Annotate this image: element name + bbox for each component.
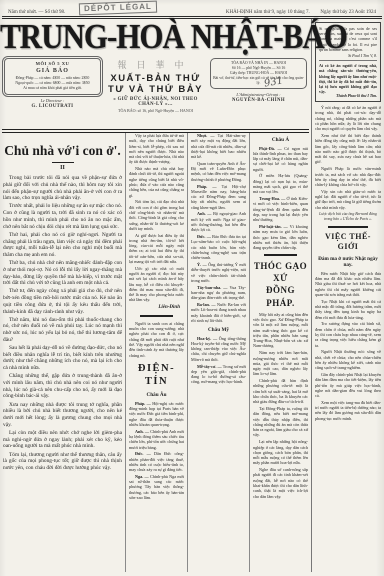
- quote-vietnamese: Ai có kẻ ăn người ở trong nhà, mà chẳng …: [319, 60, 377, 94]
- column-3: Nhựt. — Tại Hải-sâm-uy mới xảy một vụ độ…: [187, 133, 249, 572]
- news-item-lead: Nga. —: [135, 474, 150, 479]
- motto: « GIỮ ĐỨC ÁI-NHÂN, NOI THEO CHÂN-LÝ »...: [105, 97, 206, 107]
- column-5: Si quelqu'un n'a pas soin de ses servite…: [311, 19, 384, 572]
- paragraph: Tại Đông-Pháp ta, ruộng tốt dân đông, nế…: [253, 406, 308, 438]
- news-item: Tây-ban-nha. — Vua Tây-ban-nha ngự du ph…: [191, 285, 246, 301]
- masthead-center: 報日華中 XUẤT-BẢN THỨ TƯ VÀ THỨ BẢY « GIỮ ĐỨ…: [101, 58, 210, 113]
- publication-schedule: XUẤT-BẢN THỨ TƯ VÀ THỨ BẢY: [105, 73, 206, 95]
- divider-rule: [328, 226, 368, 228]
- news-item-lead: Trung-Hoa. —: [259, 196, 287, 201]
- price-per-issue: MỖI SỐ 5 XU: [7, 61, 98, 67]
- paragraph: Năm nay trời làm hạn-hán, ruộng-nương nh…: [253, 350, 308, 376]
- paragraph: Gần đây chính-phủ Nhật lại khuyên dân là…: [315, 372, 381, 398]
- news-item: Đức. — Báo Đức đưa tin tại Lục-xâm-bảo c…: [191, 234, 246, 260]
- paragraph: Trước nhất, phải lo liệu những sự ăn sự …: [3, 203, 122, 230]
- paragraph: Xem như thế thì biết đạo thánh hiền đông…: [315, 133, 381, 165]
- news-item-lead: Phi-luật-tân. —: [259, 224, 290, 229]
- paragraph: Quan toàn-quyền Anh ở Ấn-Độ mới về Luân-…: [191, 161, 246, 182]
- news-item-lead: Đức. —: [197, 234, 212, 239]
- divider-rule: [264, 254, 297, 256]
- price-box-title: GIÁ BÁO: [7, 68, 98, 76]
- article-text-col2: Vậy ta phải lựa đứa tử-tế mà nuôi, dạy c…: [129, 133, 184, 500]
- subhead-chau-a: Châu Á: [253, 137, 308, 144]
- office-address-line: TÒA BÁO: số 16, phố Ngõ-Huyện — HANOI: [105, 108, 206, 113]
- news-item: Anh. — Bộ ngoại-giao Anh mới ký với nước…: [191, 211, 246, 232]
- paragraph: Xem một việc tang-ma đủ biết dân-trí nướ…: [315, 400, 381, 421]
- paragraph: Nghe đâu sở canh-nông sắp phái người đi …: [253, 467, 308, 499]
- paragraph: Mấy hồi nầy ai cũng bàn đến việc thóc gạ…: [253, 312, 308, 349]
- translation-byline: Lược dịch bài của ông Bernard đăng trong…: [315, 212, 381, 222]
- paragraph: Nói tóm lại, cái đạo chủ nhà đối với con…: [129, 199, 184, 231]
- news-item: Phật-Đà. — Có ngọn núi lửa thình-lình ph…: [253, 146, 308, 172]
- article-text-col1: Trong bài trước tôi đã nói qua về phận-s…: [3, 175, 122, 472]
- paragraph: Chẳng những thế, gặp đứa ở trung-thành đ…: [3, 373, 122, 400]
- price-box-wrap: MỖI SỐ 5 XU GIÁ BÁO Đông-Pháp — cả năm: …: [4, 58, 101, 113]
- paragraph: Xưa nay những nhà được tôi trung tớ nghĩ…: [3, 402, 122, 429]
- paragraph: Lại nên lập những hội nông-nghiệp ở các …: [253, 439, 308, 465]
- body-columns: Chủ nhà vớ'i con ở'. II Trong bài trước …: [0, 133, 311, 572]
- issue-number: Năm thứ nhứt. — Số thứ 98.: [8, 10, 65, 15]
- news-item: Mễ-tây-cơ. — Trong xứ mới dẹp yên giặc-g…: [191, 364, 246, 385]
- newspaper-title: TRUNG-HOÀ NHẬT-BÁO: [0, 19, 311, 55]
- paragraph: Tục Nhật khi có người mất thì cả nhà mặc…: [315, 299, 381, 320]
- director-block: Le Directeur : G. LICOUTRATI: [4, 98, 101, 109]
- news-item-lead: Hoa-kỳ. —: [197, 336, 219, 341]
- column-2: Vậy ta phải lựa đứa tử-tế mà nuôi, dạy c…: [125, 133, 187, 572]
- main-section: TRUNG-HOÀ NHẬT-BÁO 931 MỖI SỐ 5 XU GIÁ B…: [0, 19, 311, 572]
- paragraph: Sau hết là phải dạy-dỗ nó về đường đạo-đ…: [3, 345, 122, 372]
- paragraph: Thứ ba, chủ nhà chớ nên mắng-nhiếc đánh-…: [3, 260, 122, 287]
- paragraph: Người ta sanh con ai chẳng muốn cho con …: [129, 321, 184, 358]
- news-item-lead: Ý. —: [197, 262, 208, 267]
- article-headline: Chủ nhà vớ'i con ở'.: [3, 143, 122, 160]
- paragraph: Thứ tư, đến ngày công xá phải giả cho đủ…: [3, 288, 122, 315]
- section-heading-dien-tin: ĐIỆN-TÍN: [129, 362, 184, 388]
- paragraph: Ai giữ được hai điều ấy thì trong nhà êm…: [129, 233, 184, 265]
- paragraph: Thứ năm, khi nó đau-ốm thì phải thuốc-th…: [3, 317, 122, 344]
- world-news-col5: Ý nói rằng: ai đã có kẻ ăn người ở trong…: [315, 105, 381, 421]
- paragraph: Ở miền Hạ-lưu (Quảng-đông) lại có nạn lụ…: [253, 173, 308, 194]
- office-box: TÒA BÁO VÀ NHÀ IN — HANOI Số 16 — phố Ng…: [210, 58, 307, 90]
- office-line: Bài vở, thư-từ, tiền-bạc xin gửi cả về t…: [213, 76, 304, 86]
- administrator-label: L'Administrateur-Gérant :: [210, 92, 307, 97]
- news-item-lead: Anh. —: [197, 211, 213, 216]
- masthead: TRUNG-HOÀ NHẬT-BÁO 931 MỖI SỐ 5 XU GIÁ B…: [0, 19, 311, 129]
- paragraph: Trong bài trước tôi đã nói qua về phận-s…: [3, 175, 122, 202]
- paragraph: Ước gì các nhà có nuôi người ăn người ở,…: [129, 266, 184, 303]
- price-box: MỖI SỐ 5 XU GIÁ BÁO Đông-Pháp — cả năm: …: [4, 58, 101, 95]
- paragraph: Lại còn một điều nên nhớ: chớ nghe lời g…: [3, 430, 122, 450]
- news-item-lead: Ba-lan. —: [197, 302, 217, 307]
- paragraph: Vậy ta phải lựa đứa tử-tế mà nuôi, dạy c…: [129, 133, 184, 165]
- column-4: Châu ÁPhật-Đà. — Có ngọn núi lửa thình-l…: [249, 133, 311, 572]
- news-item: Ý. — Ông thủ-tướng Ý mới diễn-thuyết trư…: [191, 262, 246, 283]
- newspaper-page: Năm thứ nhứt. — Số thứ 98. KHẢI-ĐỊNH năm…: [0, 0, 384, 576]
- paragraph: Tro xương đựng vào cái bình sứ, đem chôn…: [315, 321, 381, 347]
- news-item: Pháp. — Tại Hội-chợ Marseille năm nay, h…: [191, 184, 246, 210]
- subhead-chau-au: Châu Âu: [129, 392, 184, 399]
- paragraph: Bên nước Nhật bây giờ cách đưa đám ma đã…: [315, 271, 381, 297]
- lunar-date: KHẢI-ĐỊNH năm thứ 9, ngày 10 tháng 7.: [226, 10, 310, 15]
- office-box-wrap: TÒA BÁO VÀ NHÀ IN — HANOI Số 16 — phố Ng…: [210, 58, 307, 113]
- news-item: Nhựt. — Tại Hải-sâm-uy mới xảy một vụ độ…: [191, 133, 246, 159]
- section-heading-viec-the-gioi: VIỆC THẾ-GIỚI: [315, 232, 381, 252]
- subhead-dam-ma: Đám ma ở nước Nhật ngày nay.: [315, 256, 381, 269]
- administrator-name: NGUYỄN-BÁ-CHÍNH: [210, 98, 307, 103]
- paragraph: Người Nhật thường nói: sống về nhà, chết…: [315, 349, 381, 370]
- news-item: Hoa-kỳ. — Ông tổng-thống Hoa-kỳ tuyên-bố…: [191, 336, 246, 362]
- news-item-lead: Mễ-tây-cơ. —: [197, 364, 223, 369]
- headline-divider: [52, 162, 74, 163]
- quote-vietnamese-source: Thánh Phao-lồ thư I Tim.: [319, 94, 377, 99]
- telegram-rice-col4: Châu ÁPhật-Đà. — Có ngọn núi lửa thình-l…: [253, 137, 308, 499]
- news-item: Phi-luật-tân. — Vì khoảng năm nay mưa to…: [253, 224, 308, 250]
- news-item-lead: Pháp. —: [197, 184, 222, 189]
- news-item: Trung-Hoa. — Ở tỉnh Kiến-vi mới có việc …: [253, 196, 308, 222]
- paragraph: Thứ hai, phải cho nó có giờ nghỉ-ngơi. N…: [3, 232, 122, 259]
- news-item-lead: Tây-ban-nha. —: [197, 285, 229, 290]
- column-1: Chủ nhà vớ'i con ở'. II Trong bài trước …: [0, 133, 125, 572]
- telegram-col3: Nhựt. — Tại Hải-sâm-uy mới xảy một vụ độ…: [191, 133, 246, 385]
- price-line: Ai mua cả năm khỏi phải giả tiền gửi.: [7, 86, 98, 91]
- chinese-title: 報日華中: [105, 58, 206, 71]
- paragraph: Chính-phủ đã bàn định những phương cứu-t…: [253, 378, 308, 404]
- director-label: Le Directeur :: [4, 98, 101, 103]
- news-item-lead: Đức. —: [135, 451, 154, 456]
- paragraph: Ý nói rằng: ai đã có kẻ ăn người ở trong…: [315, 105, 381, 131]
- subhead-chau-my: Châu Mỹ: [191, 327, 246, 334]
- news-item-lead: Nhựt. —: [197, 133, 218, 138]
- paragraph: Nhà nào mà chủ nhà hay đánh chửi tôi-tớ,…: [129, 166, 184, 198]
- news-item-lead: Pháp. —: [135, 401, 152, 406]
- dateline: Năm thứ nhứt. — Số thứ 98. KHẢI-ĐỊNH năm…: [0, 0, 384, 16]
- section-heading-thoc-gao: THÓC GẠO XỨĐỒNG PHÁP.: [253, 260, 308, 309]
- director-name: G. LICOUTRATI: [4, 104, 101, 109]
- paragraph: Vậy xin các nhà giàu-có nước ta nghĩ lại…: [315, 189, 381, 210]
- news-item: Đức. — Dân Đức công-nhiên phản-đối việc …: [129, 451, 184, 472]
- gregorian-date: Ngày thứ bảy 23 Août 1924: [320, 10, 376, 15]
- news-item-lead: Anh. —: [135, 429, 150, 434]
- news-item: Ba-lan. — Nước Ba-lan với nước Lít-hoa-n…: [191, 302, 246, 323]
- author-signature: Liên-Đình: [129, 305, 180, 311]
- news-item: Nga. — Chính-phủ Nga mới sai sứ-thần san…: [129, 474, 184, 500]
- news-item: Anh. — Chính-phủ Anh mới hạ lệnh đóng th…: [129, 429, 184, 450]
- divider-rule: [140, 315, 173, 317]
- administrator-block: L'Administrateur-Gérant : NGUYỄN-BÁ-CHÍN…: [210, 92, 307, 103]
- article-part-number: II: [3, 165, 122, 172]
- news-item: Pháp. — Hội-nghị các nước đồng-minh họp …: [129, 401, 184, 427]
- paragraph: Người Pháp là nước văn-minh trước ta, mà…: [315, 166, 381, 187]
- news-item-lead: Phật-Đà. —: [259, 146, 284, 151]
- paragraph: Tóm lại, thương người như thể thương thâ…: [3, 452, 122, 472]
